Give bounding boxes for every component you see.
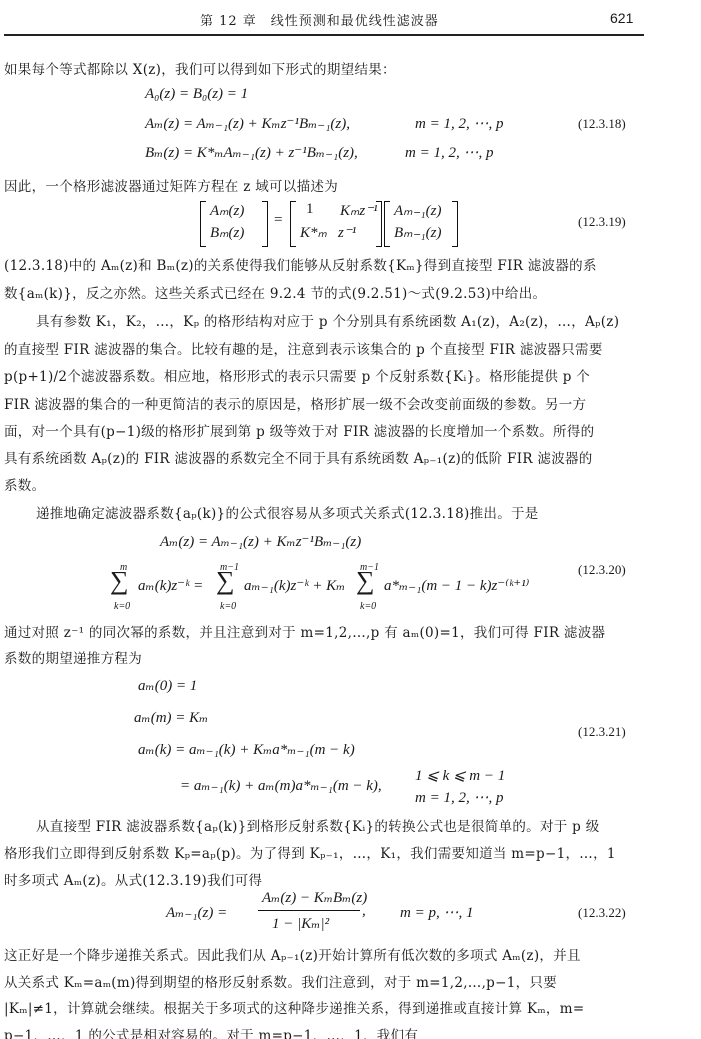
paragraph-line: 系数。 xyxy=(4,474,45,494)
paragraph-line: 系数的期望递推方程为 xyxy=(4,647,142,667)
matrix-cell: K*ₘ xyxy=(300,223,327,242)
equals-sign: = xyxy=(274,212,282,229)
page-number: 621 xyxy=(610,10,633,26)
paragraph-line: 面，对一个具有(p−1)级的格形扩展到第 p 级等效于对 FIR 滤波器的长度增… xyxy=(4,420,594,440)
equation-line: Aₘ(z) = Aₘ₋₁(z) + Kₘz⁻¹Bₘ₋₁(z), xyxy=(145,114,350,133)
equation-number: (12.3.21) xyxy=(578,724,626,740)
equation-number: (12.3.18) xyxy=(578,116,626,132)
equation-line: aₘ(0) = 1 xyxy=(138,676,197,695)
equation-term: aₘ₋₁(k)z⁻ᵏ + Kₘ xyxy=(244,576,345,595)
equation-line: A₀(z) = B₀(z) = 1 xyxy=(145,86,248,103)
paragraph-line: 从直接型 FIR 滤波器系数{aₚ(k)}到格形反射系数{Kᵢ}的转换公式也是很… xyxy=(36,815,600,835)
paragraph-line: 时多项式 Aₘ(z)。从式(12.3.19)我们可得 xyxy=(4,869,262,889)
equation-line: = aₘ₋₁(k) + aₘ(m)a*ₘ₋₁(m − k), xyxy=(180,776,382,795)
equation-condition: 1 ⩽ k ⩽ m − 1 xyxy=(415,766,505,785)
matrix-cell: 1 xyxy=(306,201,314,218)
paragraph-line: p−1，…，1 的公式是相对容易的。对于 m=p−1，…，1，我们有 xyxy=(4,1024,418,1039)
matrix-cell: Aₘ₋₁(z) xyxy=(394,201,441,220)
equation-condition: m = 1, 2, ⋯, p xyxy=(415,114,503,133)
paragraph-line: 具有系统函数 Aₚ(z)的 FIR 滤波器的系数完全不同于具有系统函数 Aₚ₋₁… xyxy=(4,447,593,467)
sum-lower-limit: k=0 xyxy=(360,601,376,612)
matrix-cell: Bₘ₋₁(z) xyxy=(394,223,441,242)
left-bracket xyxy=(290,201,296,247)
equation-lhs: Aₘ₋₁(z) = xyxy=(166,903,227,922)
summation-symbol: ∑ xyxy=(216,566,235,596)
equation-number: (12.3.22) xyxy=(578,905,626,921)
paragraph-line: FIR 滤波器的集合的一种更简洁的表示的原因是，格形扩展一级不会改变前面级的参数… xyxy=(4,393,586,413)
paragraph-line: (12.3.18)中的 Aₘ(z)和 Bₘ(z)的关系使得我们能够从反射系数{K… xyxy=(4,254,597,274)
paragraph-line: 数{aₘ(k)}，反之亦然。这些关系式已经在 9.2.4 节的式(9.2.51)… xyxy=(4,282,546,302)
fraction-bar xyxy=(258,910,360,911)
sum-lower-limit: k=0 xyxy=(220,601,236,612)
paragraph-line: p(p+1)/2个滤波器系数。相应地，格形形式的表示只需要 p 个反射系数{Kᵢ… xyxy=(4,365,590,385)
equation-term: aₘ(k)z⁻ᵏ = xyxy=(138,576,203,595)
fraction-denominator: 1 − |Kₘ|² xyxy=(272,914,329,933)
equation-condition: m = 1, 2, ⋯, p xyxy=(405,143,493,162)
fraction-numerator: Aₘ(z) − KₘBₘ(z) xyxy=(262,888,367,907)
paragraph-line: 因此，一个格形滤波器通过矩阵方程在 z 域可以描述为 xyxy=(4,175,338,195)
running-header-title: 第 12 章 线性预测和最优线性滤波器 xyxy=(200,10,439,29)
matrix-cell: z⁻¹ xyxy=(338,223,356,242)
sum-lower-limit: k=0 xyxy=(114,601,130,612)
matrix-cell: Kₘz⁻¹ xyxy=(340,201,378,220)
equation-number: (12.3.20) xyxy=(578,562,626,578)
right-bracket xyxy=(452,201,458,247)
equation-number: (12.3.19) xyxy=(578,214,626,230)
left-bracket xyxy=(384,201,390,247)
right-bracket xyxy=(262,201,268,247)
equation-term: a*ₘ₋₁(m − 1 − k)z⁻⁽ᵏ⁺¹⁾ xyxy=(384,576,529,595)
equation-line: Bₘ(z) = K*ₘAₘ₋₁(z) + z⁻¹Bₘ₋₁(z), xyxy=(145,143,358,162)
paragraph-line: 格形我们立即得到反射系数 Kₚ=aₚ(p)。为了得到 Kₚ₋₁，…，K₁，我们需… xyxy=(4,842,616,862)
matrix-cell: Bₘ(z) xyxy=(210,223,244,242)
left-bracket xyxy=(200,201,206,247)
matrix-cell: Aₘ(z) xyxy=(210,201,244,220)
summation-symbol: ∑ xyxy=(356,566,375,596)
right-bracket xyxy=(376,201,382,247)
header-rule xyxy=(4,34,644,36)
paragraph-line: |Kₘ|≠1，计算就会继续。根据关于多项式的这种降步递推关系，得到递推或直接计算… xyxy=(4,997,584,1017)
summation-symbol: ∑ xyxy=(110,566,129,596)
paragraph-line: 具有参数 K₁，K₂，…，Kₚ 的格形结构对应于 p 个分别具有系统函数 A₁(… xyxy=(36,310,619,330)
paragraph-line: 如果每个等式都除以 X(z)，我们可以得到如下形式的期望结果： xyxy=(4,58,396,78)
paragraph-line: 递推地确定滤波器系数{aₚ(k)}的公式很容易从多项式关系式(12.3.18)推… xyxy=(36,502,539,522)
equation-condition: m = p, ⋯, 1 xyxy=(400,903,473,922)
equation-punctuation: , xyxy=(362,903,366,920)
equation-line: aₘ(k) = aₘ₋₁(k) + Kₘa*ₘ₋₁(m − k) xyxy=(138,740,355,759)
paragraph-line: 这正好是一个降步递推关系式。因此我们从 Aₚ₋₁(z)开始计算所有低次数的多项式… xyxy=(4,944,581,964)
paragraph-line: 从关系式 Kₘ=aₘ(m)得到期望的格形反射系数。我们注意到，对于 m=1,2,… xyxy=(4,971,557,991)
equation-line: aₘ(m) = Kₘ xyxy=(134,708,208,727)
equation-condition: m = 1, 2, ⋯, p xyxy=(415,788,503,807)
paragraph-line: 通过对照 z⁻¹ 的同次幂的系数，并且注意到对于 m=1,2,…,p 有 aₘ(… xyxy=(4,621,605,641)
paragraph-line: 的直接型 FIR 滤波器的集合。比较有趣的是，注意到表示该集合的 p 个直接型 … xyxy=(4,338,603,358)
equation-line: Aₘ(z) = Aₘ₋₁(z) + Kₘz⁻¹Bₘ₋₁(z) xyxy=(160,532,361,551)
